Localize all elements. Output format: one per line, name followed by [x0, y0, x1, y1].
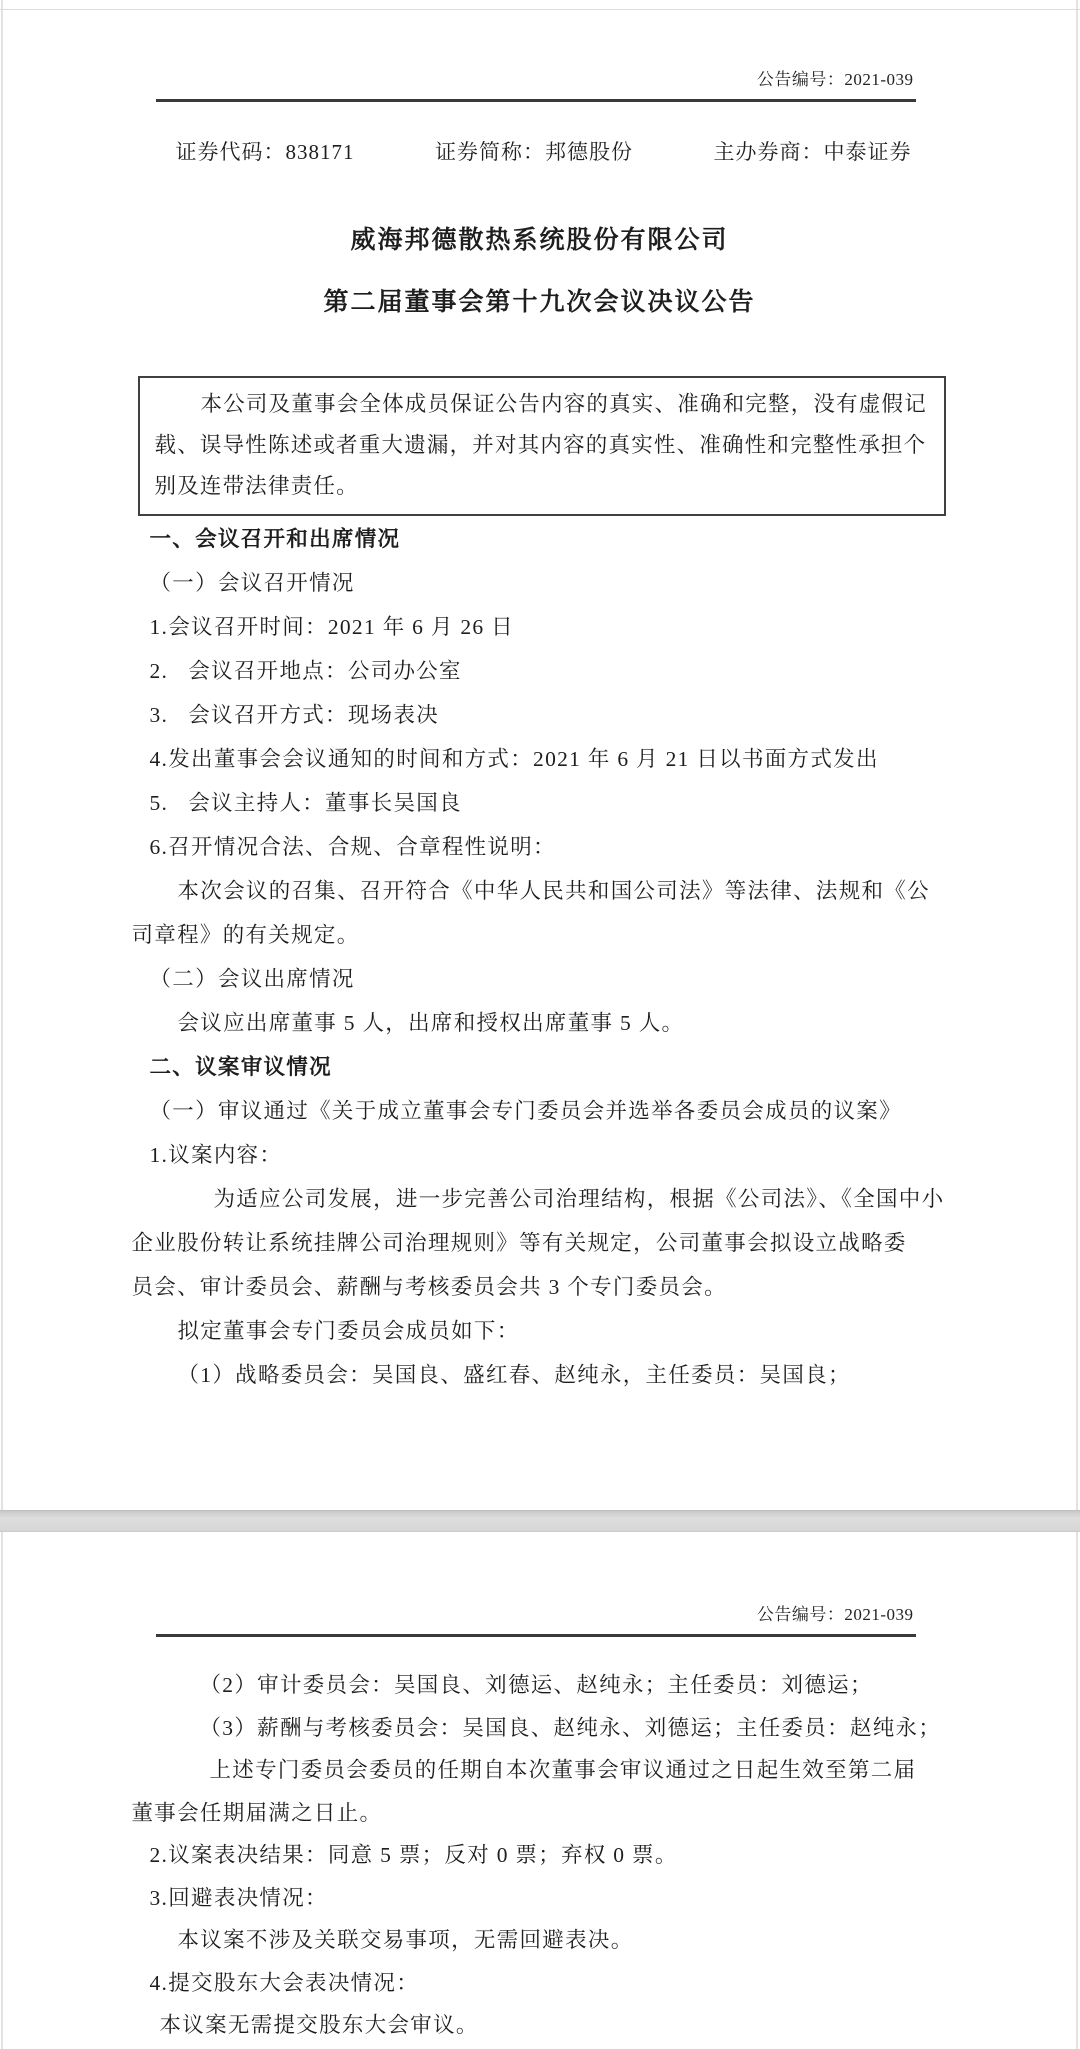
doc-line: 1.会议召开时间：2021 年 6 月 26 日 — [132, 605, 946, 649]
sponsor-broker: 主办券商：中泰证券 — [714, 136, 912, 166]
disclaimer-line: 本公司及董事会全体成员保证公告内容的真实、准确和完整，没有虚假记 — [155, 384, 929, 425]
page-edge-line-right — [1076, 0, 1078, 2049]
doc-line: （二）会议出席情况 — [132, 957, 946, 1001]
disclaimer-line: 载、误导性陈述或者重大遗漏，并对其内容的真实性、准确性和完整性承担个 — [155, 425, 929, 466]
doc-line: 拟定董事会专门委员会成员如下： — [132, 1309, 946, 1353]
announcement-number: 公告编号：2021-039 — [134, 1532, 946, 1625]
doc-line: 3. 会议召开方式：现场表决 — [132, 693, 946, 737]
doc-line: 1.议案内容： — [132, 1133, 946, 1177]
announcement-title: 第二届董事会第十九次会议决议公告 — [134, 282, 946, 318]
doc-line: 本议案无需提交股东大会审议。 — [132, 2004, 946, 2047]
doc-line: （3）薪酬与考核委员会：吴国良、赵纯永、刘德运；主任委员：赵纯永； — [132, 1707, 946, 1750]
doc-line: 员会、审计委员会、薪酬与考核委员会共 3 个专门委员会。 — [132, 1265, 946, 1309]
page-2: 公告编号：2021-039 （2）审计委员会：吴国良、刘德运、赵纯永；主任委员：… — [3, 1532, 1076, 2049]
section-heading: 二、议案审议情况 — [132, 1045, 946, 1089]
doc-line: （一）会议召开情况 — [132, 561, 946, 605]
doc-line: （2）审计委员会：吴国良、刘德运、赵纯永；主任委员：刘德运； — [132, 1664, 946, 1707]
page-2-body: （2）审计委员会：吴国良、刘德运、赵纯永；主任委员：刘德运； （3）薪酬与考核委… — [132, 1664, 946, 2047]
doc-line: 5. 会议主持人：董事长吴国良 — [132, 781, 946, 825]
announcement-number: 公告编号：2021-039 — [134, 10, 946, 90]
section-heading: 一、会议召开和出席情况 — [132, 517, 946, 561]
doc-line: 上述专门委员会委员的任期自本次董事会审议通过之日起生效至第二届 — [132, 1749, 946, 1792]
page-1: 公告编号：2021-039 证券代码：838171 证券简称：邦德股份 主办券商… — [3, 10, 1076, 1510]
page-1-body: 一、会议召开和出席情况 （一）会议召开情况 1.会议召开时间：2021 年 6 … — [132, 517, 946, 1397]
document-viewport: 公告编号：2021-039 证券代码：838171 证券简称：邦德股份 主办券商… — [0, 0, 1080, 2049]
header-rule — [156, 1634, 916, 1637]
doc-line: 本议案不涉及关联交易事项，无需回避表决。 — [132, 1919, 946, 1962]
company-title: 威海邦德散热系统股份有限公司 — [134, 220, 946, 256]
doc-line: 董事会任期届满之日止。 — [132, 1792, 946, 1835]
securities-header-row: 证券代码：838171 证券简称：邦德股份 主办券商：中泰证券 — [134, 136, 946, 166]
doc-line: 2. 会议召开地点：公司办公室 — [132, 649, 946, 693]
stock-short-name: 证券简称：邦德股份 — [435, 136, 633, 166]
doc-line: 会议应出席董事 5 人，出席和授权出席董事 5 人。 — [132, 1001, 946, 1045]
header-rule — [156, 99, 916, 102]
doc-line: 6.召开情况合法、合规、合章程性说明： — [132, 825, 946, 869]
doc-line: 4.发出董事会会议通知的时间和方式：2021 年 6 月 21 日以书面方式发出 — [132, 737, 946, 781]
page-separator — [0, 1510, 1080, 1532]
doc-line: 司章程》的有关规定。 — [132, 913, 946, 957]
disclaimer-line: 别及连带法律责任。 — [155, 466, 929, 507]
doc-line: 本次会议的召集、召开符合《中华人民共和国公司法》等法律、法规和《公 — [132, 869, 946, 913]
disclaimer-box: 本公司及董事会全体成员保证公告内容的真实、准确和完整，没有虚假记 载、误导性陈述… — [138, 376, 946, 516]
doc-line: 3.回避表决情况： — [132, 1877, 946, 1920]
doc-line: （一）审议通过《关于成立董事会专门委员会并选举各委员会成员的议案》 — [132, 1089, 946, 1133]
doc-line: 4.提交股东大会表决情况： — [132, 1962, 946, 2005]
doc-line: （1）战略委员会：吴国良、盛红春、赵纯永，主任委员：吴国良； — [132, 1353, 946, 1397]
doc-line: 为适应公司发展，进一步完善公司治理结构，根据《公司法》、《全国中小 — [132, 1177, 946, 1221]
stock-code: 证券代码：838171 — [176, 136, 355, 166]
doc-line: 2.议案表决结果：同意 5 票；反对 0 票；弃权 0 票。 — [132, 1834, 946, 1877]
doc-line: 企业股份转让系统挂牌公司治理规则》等有关规定，公司董事会拟设立战略委 — [132, 1221, 946, 1265]
